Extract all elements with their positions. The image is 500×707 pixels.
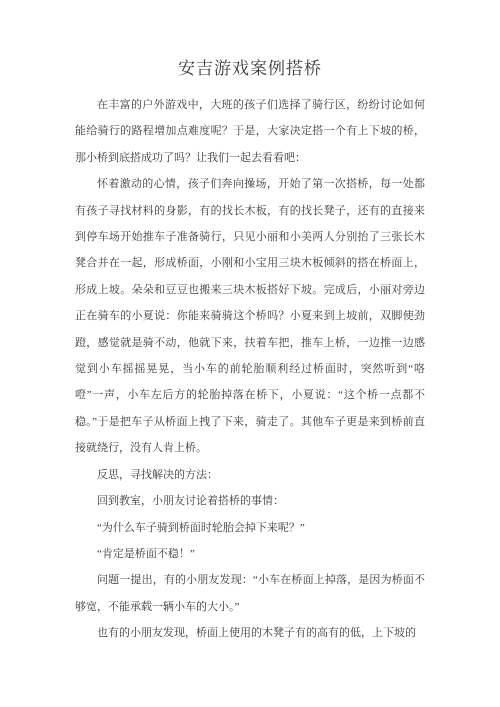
document-body: 在丰富的户外游戏中，大班的孩子们选择了骑行区，纷纷讨论如何能给骑行的路程增加点难… xyxy=(75,92,425,647)
paragraph-question-quote: “为什么车子骑到桥面时轮胎会掉下来呢？” xyxy=(75,515,425,541)
document-page: 安吉游戏案例搭桥 在丰富的户外游戏中，大班的孩子们选择了骑行区，纷纷讨论如何能给… xyxy=(0,0,500,707)
paragraph-reflection-heading: 反思，寻找解决的方法： xyxy=(75,462,425,488)
paragraph-width-finding: 问题一提出，有的小朋友发现：“小车在桥面上掉落，是因为桥面不够宽，不能承载一辆小… xyxy=(75,567,425,620)
paragraph-first-bridge-attempt: 怀着激动的心情，孩子们奔向操场，开始了第一次搭桥，每一处都有孩子寻找材料的身影，… xyxy=(75,171,425,461)
paragraph-classroom-discussion: 回到教室，小朋友讨论着搭桥的事情： xyxy=(75,488,425,514)
document-title: 安吉游戏案例搭桥 xyxy=(0,0,500,81)
paragraph-answer-quote: “肯定是桥面不稳！” xyxy=(75,541,425,567)
paragraph-intro: 在丰富的户外游戏中，大班的孩子们选择了骑行区，纷纷讨论如何能给骑行的路程增加点难… xyxy=(75,92,425,171)
paragraph-height-finding: 也有的小朋友发现，桥面上使用的木凳子有的高有的低，上下坡的 xyxy=(75,620,425,646)
